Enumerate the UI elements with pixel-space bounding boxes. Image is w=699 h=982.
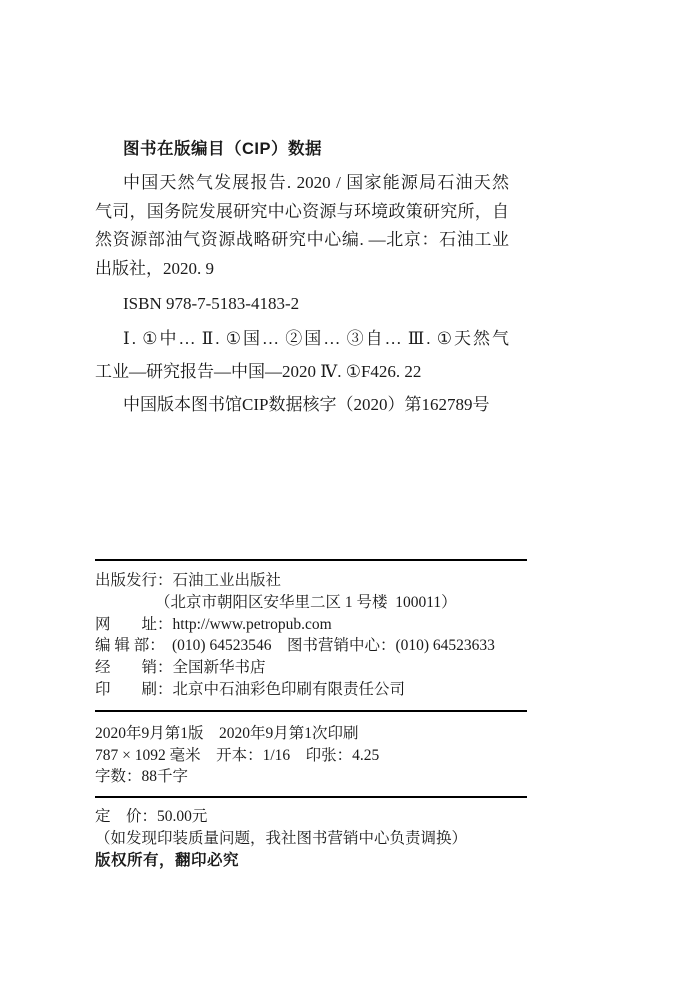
cip-record-number: 中国版本图书馆CIP数据核字（2020）第162789号	[95, 388, 509, 421]
printer-label: 印 刷：	[95, 679, 173, 701]
publisher-address: （北京市朝阳区安华里二区 1 号楼 100011）	[155, 592, 527, 614]
cip-description: 中国天然气发展报告. 2020 / 国家能源局石油天然 气司，国务院发展研究中心…	[95, 169, 509, 283]
website-label: 网 址：	[95, 614, 173, 636]
copyright-notice: 版权所有，翻印必究	[95, 850, 527, 872]
cip-heading: 图书在版编目（CIP）数据	[95, 137, 509, 161]
price-section: 定 价：50.00元 （如发现印装质量问题，我社图书营销中心负责调换） 版权所有…	[95, 806, 527, 872]
publisher-row: 出版发行： 石油工业出版社	[95, 570, 527, 592]
cip-section: 图书在版编目（CIP）数据 中国天然气发展报告. 2020 / 国家能源局石油天…	[95, 137, 509, 421]
publisher-address-row: （北京市朝阳区安华里二区 1 号楼 100011）	[95, 592, 527, 614]
edition-info-section: 2020年9月第1版 2020年9月第1次印刷 787 × 1092 毫米 开本…	[95, 723, 527, 788]
book-copyright-page: 图书在版编目（CIP）数据 中国天然气发展报告. 2020 / 国家能源局石油天…	[0, 0, 699, 982]
word-count-line: 字数：88千字	[95, 766, 527, 788]
publication-info-section: 出版发行： 石油工业出版社 （北京市朝阳区安华里二区 1 号楼 100011） …	[95, 564, 527, 701]
price-line: 定 价：50.00元	[95, 806, 527, 828]
cip-description-line-3: 然资源部油气资源战略研究中心编. —北京：石油工业	[95, 226, 509, 255]
distribution-name: 全国新华书店	[173, 657, 527, 679]
cip-description-line-1: 中国天然气发展报告. 2020 / 国家能源局石油天然	[95, 169, 509, 198]
divider-middle	[95, 710, 527, 712]
distribution-row: 经 销： 全国新华书店	[95, 657, 527, 679]
cip-description-line-2: 气司，国务院发展研究中心资源与环境政策研究所，自	[95, 198, 509, 227]
edition-printing-line: 2020年9月第1版 2020年9月第1次印刷	[95, 723, 527, 745]
website-row: 网 址： http://www.petropub.com	[95, 614, 527, 636]
cip-classification-line-2: 工业—研究报告—中国—2020 Ⅳ. ①F426. 22	[95, 355, 509, 388]
publisher-label: 出版发行：	[95, 570, 173, 592]
page-content: 图书在版编目（CIP）数据 中国天然气发展报告. 2020 / 国家能源局石油天…	[95, 0, 527, 982]
quality-notice: （如发现印装质量问题，我社图书营销中心负责调换）	[95, 828, 527, 850]
publisher-name: 石油工业出版社	[173, 570, 527, 592]
cip-classification-line-1: Ⅰ. ①中… Ⅱ. ①国… ②国… ③自… Ⅲ. ①天然气	[95, 322, 509, 355]
printer-name: 北京中石油彩色印刷有限责任公司	[173, 679, 527, 701]
cip-description-line-4: 出版社，2020. 9	[95, 255, 509, 284]
cip-classification: Ⅰ. ①中… Ⅱ. ①国… ②国… ③自… Ⅲ. ①天然气 工业—研究报告—中国…	[95, 322, 509, 388]
website-url: http://www.petropub.com	[173, 614, 527, 636]
editorial-dept-phones: (010) 64523546 图书营销中心：(010) 64523633	[172, 635, 527, 657]
isbn-number: ISBN 978-7-5183-4183-2	[95, 290, 509, 319]
editorial-dept-label: 编 辑 部：	[95, 635, 172, 657]
distribution-label: 经 销：	[95, 657, 173, 679]
editorial-dept-row: 编 辑 部： (010) 64523546 图书营销中心：(010) 64523…	[95, 635, 527, 657]
format-sheets-line: 787 × 1092 毫米 开本：1/16 印张：4.25	[95, 745, 527, 767]
divider-top	[95, 559, 527, 561]
divider-bottom	[95, 796, 527, 798]
printer-row: 印 刷： 北京中石油彩色印刷有限责任公司	[95, 679, 527, 701]
